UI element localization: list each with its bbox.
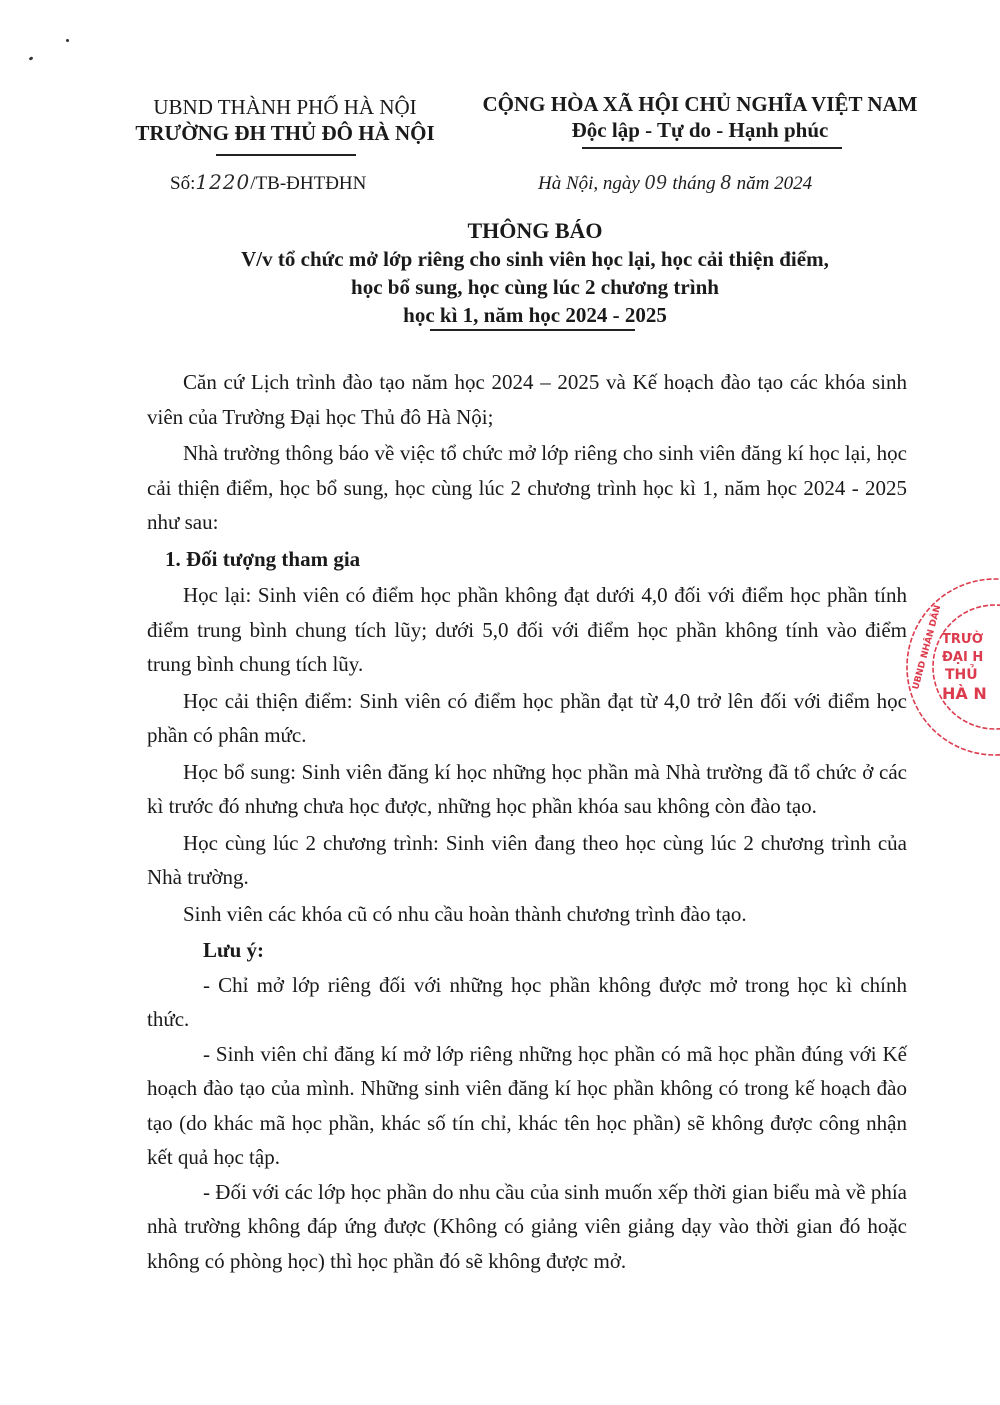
note-item: - Chỉ mở lớp riêng đối với những học phầ… xyxy=(147,968,907,1037)
former-students-paragraph: Sinh viên các khóa cũ có nhu cầu hoàn th… xyxy=(147,897,907,932)
seal-text-line-4: HÀ N xyxy=(942,684,987,703)
date-month-label: tháng xyxy=(668,173,721,194)
note-item: - Sinh viên chỉ đăng kí mở lớp riêng nhữ… xyxy=(147,1037,907,1175)
intro-paragraph-2: Nhà trường thông báo về việc tổ chức mở … xyxy=(147,436,907,540)
doc-number-handwritten: 1220 xyxy=(195,170,250,194)
doc-number-suffix: /TB-ĐHTĐHN xyxy=(250,173,366,194)
institution-name: TRƯỜNG ĐH THỦ ĐÔ HÀ NỘI xyxy=(130,121,440,146)
document-number: Số:1220/TB-ĐHTĐHN xyxy=(170,170,366,195)
seal-ring-text: UBND NHÂN DÂN xyxy=(909,604,943,691)
notes-title: Lưu ý: xyxy=(147,933,907,968)
notice-subject-line-2: học bổ sung, học cùng lúc 2 chương trình xyxy=(130,273,940,301)
national-title: CỘNG HÒA XÃ HỘI CHỦ NGHĨA VIỆT NAM xyxy=(455,92,945,117)
dual-program-paragraph: Học cùng lúc 2 chương trình: Sinh viên đ… xyxy=(147,826,907,895)
section-1-heading: 1. Đối tượng tham gia xyxy=(147,542,907,577)
notice-title-block: THÔNG BÁO V/v tổ chức mở lớp riêng cho s… xyxy=(130,217,940,329)
intro-paragraph-1: Căn cứ Lịch trình đào tạo năm học 2024 –… xyxy=(147,365,907,434)
doc-number-prefix: Số: xyxy=(170,173,195,194)
seal-text-line-2: ĐẠI H xyxy=(942,650,983,665)
notice-heading: THÔNG BÁO xyxy=(130,217,940,245)
motto-underline xyxy=(582,147,842,149)
seal-text-line-3: THỦ xyxy=(945,664,978,683)
scan-speck xyxy=(29,56,34,61)
retake-paragraph: Học lại: Sinh viên có điểm học phần khôn… xyxy=(147,578,907,682)
improve-paragraph: Học cải thiện điểm: Sinh viên có điểm họ… xyxy=(147,684,907,753)
supplement-paragraph: Học bổ sung: Sinh viên đăng kí học những… xyxy=(147,755,907,824)
issue-date: Hà Nội, ngày 09 tháng 8 năm 2024 xyxy=(538,170,812,195)
notice-subject-line-3: học kì 1, năm học 2024 - 2025 xyxy=(130,301,940,329)
scan-speck xyxy=(66,39,69,42)
national-motto: Độc lập - Tự do - Hạnh phúc xyxy=(455,118,945,143)
notice-body: Căn cứ Lịch trình đào tạo năm học 2024 –… xyxy=(147,365,907,1278)
notice-subject-line-1: V/v tổ chức mở lớp riêng cho sinh viên h… xyxy=(130,245,940,273)
seal-icon: TRƯỜ ĐẠI H THỦ HÀ N UBND NHÂN DÂN xyxy=(900,575,1000,760)
institution-underline xyxy=(216,154,356,156)
note-item: - Đối với các lớp học phần do nhu cầu củ… xyxy=(147,1175,907,1279)
issuing-authority: UBND THÀNH PHỐ HÀ NỘI xyxy=(130,95,440,120)
seal-text-line-1: TRƯỜ xyxy=(942,631,984,647)
date-month: 8 xyxy=(720,170,732,194)
date-place: Hà Nội, ngày xyxy=(538,173,645,194)
title-underline xyxy=(430,329,635,331)
official-seal-stamp: TRƯỜ ĐẠI H THỦ HÀ N UBND NHÂN DÂN xyxy=(900,575,1000,760)
date-day: 09 xyxy=(645,170,668,194)
date-year: năm 2024 xyxy=(732,173,812,194)
